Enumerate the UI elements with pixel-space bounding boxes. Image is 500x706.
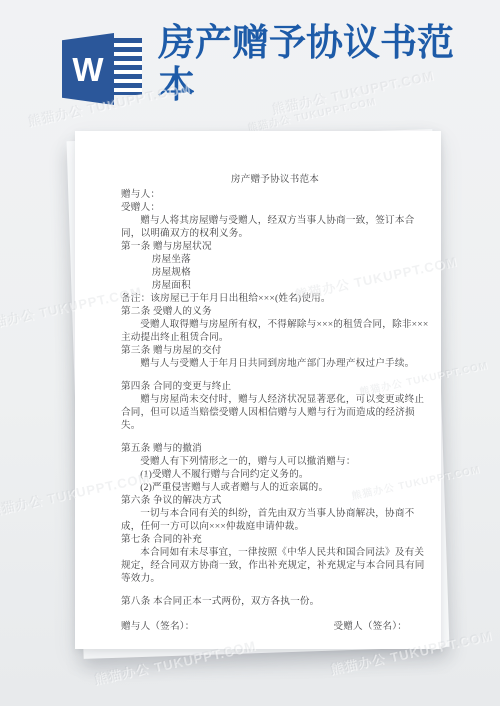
doc-line: 房屋面积 (121, 279, 429, 292)
word-document-icon: W (62, 33, 142, 105)
doc-line: (1)受赠人不履行赠与合同约定义务的。 (121, 468, 429, 481)
doc-line: 房屋坐落 (121, 253, 429, 266)
page-title: 房产赠予协议书范本 (158, 22, 470, 106)
doc-line: 备注：该房屋已于年月日出租给×××(姓名)使用。 (121, 292, 429, 305)
doc-line: 房屋规格 (121, 266, 429, 279)
doc-line (121, 585, 429, 595)
doc-line: 第八条 本合同正本一式两份，双方各执一份。 (121, 595, 429, 608)
doc-line (121, 608, 429, 618)
document-content: 房产赠予协议书范本赠与人：受赠人：赠与人将其房屋赠与受赠人，经双方当事人协商一致… (75, 131, 441, 633)
signature-donor-label: 赠与人（签名）： (121, 620, 195, 633)
doc-line: 第五条 赠与的撤消 (121, 442, 429, 455)
doc-line: 赠与人： (121, 188, 429, 201)
doc-line: 赠与人（签名）：受赠人（签名）： (121, 620, 429, 633)
word-icon-w: W (72, 53, 103, 86)
doc-line: 本合同如有未尽事宜，一律按照《中华人民共和国合同法》及有关规定，经合同双方协商一… (121, 546, 429, 585)
page-background: W 房产赠予协议书范本 熊猫办公 TUKUPPT.COM 熊猫办公 TUKUPP… (0, 0, 500, 706)
doc-line: 第四条 合同的变更与终止 (121, 380, 429, 393)
word-icon-letter: W (62, 33, 114, 105)
doc-line: (2)严重侵害赠与人或者赠与人的近亲属的。 (121, 481, 429, 494)
header: W 房产赠予协议书范本 (0, 0, 500, 120)
signature-donee-label: 受赠人（签名）： (333, 620, 407, 633)
doc-line: 赠与房屋尚未交付时，赠与人经济状况显著恶化，可以变更或终止合同，但可以适当赔偿受… (121, 393, 429, 432)
doc-line: 受赠人有下列情形之一的，赠与人可以撤消赠与： (121, 455, 429, 468)
doc-line: 受赠人： (121, 201, 429, 214)
doc-line: 第七条 合同的补充 (121, 533, 429, 546)
doc-line: 赠与人将其房屋赠与受赠人，经双方当事人协商一致，签订本合同，以明确双方的权利义务… (121, 214, 429, 240)
doc-line: 赠与人与受赠人于年月日共同到房地产部门办理产权过户手续。 (121, 357, 429, 370)
doc-line (121, 370, 429, 380)
doc-line: 第二条 受赠人的义务 (121, 305, 429, 318)
doc-line: 房产赠予协议书范本 (121, 173, 429, 186)
document-page: 房产赠予协议书范本赠与人：受赠人：赠与人将其房屋赠与受赠人，经双方当事人协商一致… (75, 131, 441, 649)
doc-line: 一切与本合同有关的纠纷，首先由双方当事人协商解决，协商不成，任何一方可以向×××… (121, 507, 429, 533)
doc-line: 第六条 争议的解决方式 (121, 494, 429, 507)
doc-line: 第一条 赠与房屋状况 (121, 240, 429, 253)
doc-line: 第三条 赠与房屋的交付 (121, 344, 429, 357)
doc-line: 受赠人取得赠与房屋所有权，不得解除与×××的租赁合同，除非×××主动提出终止租赁… (121, 318, 429, 344)
doc-line (121, 432, 429, 442)
